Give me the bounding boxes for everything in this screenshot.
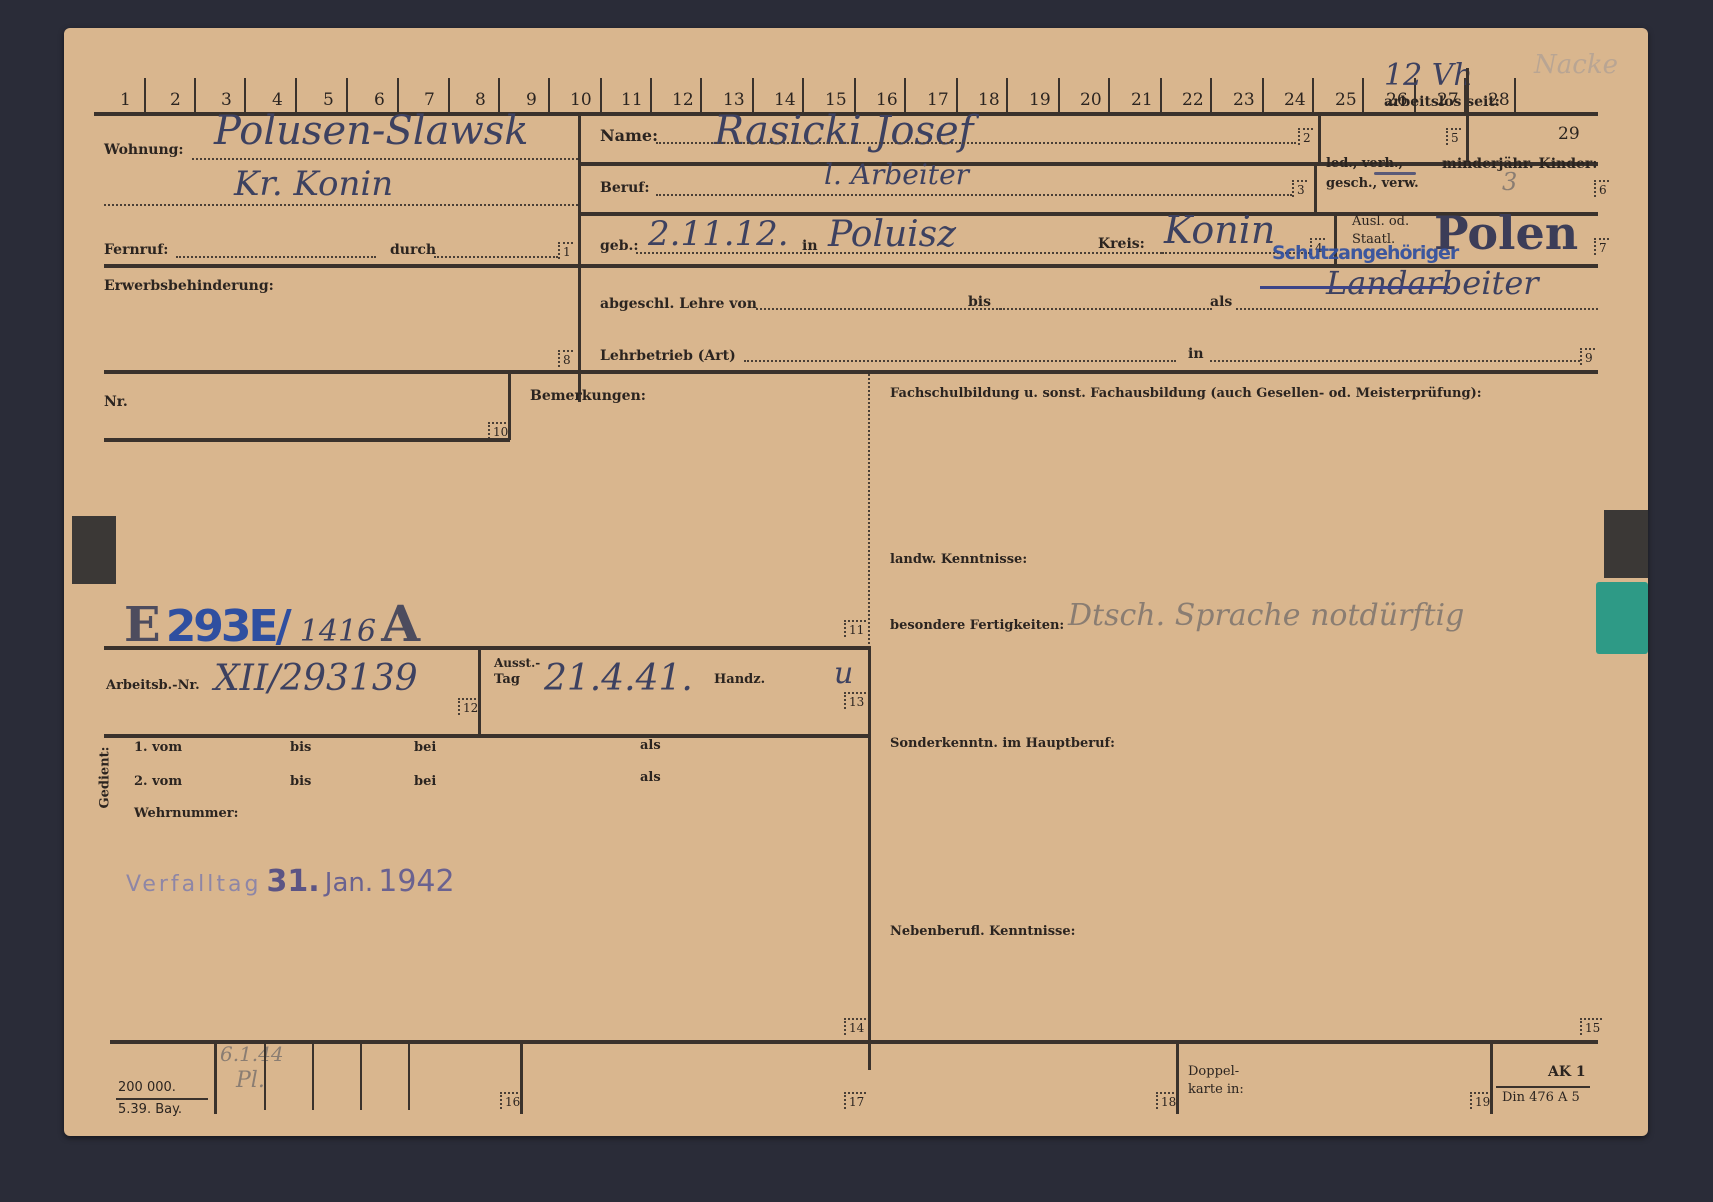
apprenticeship-until-label: bis: [968, 294, 991, 310]
phone-via-label: durch: [390, 242, 436, 258]
form-code: AK 1: [1548, 1064, 1586, 1080]
field-box-1: 1: [558, 242, 573, 259]
ruler-number: 19: [1029, 90, 1051, 110]
main-occupation-knowledge-label: Sonderkenntn. im Hauptberuf:: [890, 736, 1115, 751]
occupation-label: Beruf:: [600, 180, 650, 196]
field-box-2: 2: [1298, 128, 1313, 145]
service-2-at: bei: [414, 774, 436, 789]
field-box-17: 17: [844, 1092, 866, 1109]
signature-label: Handz.: [714, 672, 765, 687]
issued-label-1: Ausst.-: [494, 656, 540, 670]
print-info: 5.39. Bay.: [118, 1102, 182, 1117]
ruler-number: 22: [1182, 90, 1204, 110]
expiry-label: Verfalltag: [126, 872, 261, 897]
employment-record-card: 1 2 3 4 5 6 7 8 9 10 11 12 13 14 15 16 1…: [64, 28, 1648, 1136]
marital-status-options-1: led., verh.,: [1326, 156, 1403, 171]
remarks-label: Bemerkungen:: [530, 388, 646, 404]
ruler-number: 15: [825, 90, 847, 110]
ruler-number: 5: [323, 90, 334, 110]
address-line1: Polusen-Slawsk: [214, 108, 528, 154]
marital-underline-mark: [1374, 172, 1416, 175]
issued-label-2: Tag: [494, 672, 520, 687]
ruler-number: 25: [1335, 90, 1357, 110]
agricultural-knowledge-label: landw. Kenntnisse:: [890, 552, 1027, 567]
din-code: Din 476 A 5: [1502, 1090, 1580, 1105]
disability-label: Erwerbsbehinderung:: [104, 278, 274, 294]
apprenticeship-label: abgeschl. Lehre von: [600, 296, 757, 312]
expiry-month: Jan.: [325, 868, 373, 898]
workbook-number-label: Arbeitsb.-Nr.: [106, 678, 200, 693]
duplicate-card-label-1: Doppel-: [1188, 1064, 1239, 1079]
field-box-11: 11: [844, 620, 866, 637]
code-handwritten: 1416: [300, 614, 376, 649]
ruler-number: 2: [170, 90, 181, 110]
secondary-knowledge-label: Nebenberufl. Kenntnisse:: [890, 924, 1075, 939]
ruler-number: 13: [723, 90, 745, 110]
ruler-number: 11: [621, 90, 643, 110]
military-number-label: Wehrnummer:: [134, 806, 238, 821]
expiry-day: 31.: [267, 864, 320, 899]
field-box-14: 14: [844, 1018, 866, 1035]
field-box-15: 15: [1580, 1018, 1602, 1035]
footer-initials: Pl.: [236, 1068, 265, 1093]
expiry-year: 1942: [378, 864, 454, 899]
ruler-number: 20: [1080, 90, 1102, 110]
ruler-number: 24: [1284, 90, 1306, 110]
phone-label: Fernruf:: [104, 242, 168, 258]
ruler-number: 18: [978, 90, 1000, 110]
field-box-9: 9: [1580, 348, 1595, 365]
address-line2: Kr. Konin: [234, 164, 393, 204]
handwritten-mark-26-27: 12 Vh: [1384, 58, 1473, 93]
name-label: Name:: [600, 126, 658, 145]
marital-status-options-2: gesch., verw.: [1326, 176, 1419, 191]
strike-through-line: [1260, 286, 1450, 289]
district-value: Konin: [1164, 208, 1275, 252]
ruler-number: 8: [475, 90, 486, 110]
special-skills-value: Dtsch. Sprache notdürftig: [1068, 598, 1464, 633]
training-company-in-label: in: [1188, 346, 1204, 362]
field-number-29: 29: [1558, 124, 1580, 144]
number-label: Nr.: [104, 394, 128, 410]
green-index-tab: [1596, 582, 1648, 654]
field-box-10: 10: [488, 422, 510, 439]
ruler-number: 12: [672, 90, 694, 110]
corner-pencil-note: Nacke: [1534, 50, 1618, 80]
protected-status-stamp: Schutzangehöriger: [1272, 242, 1458, 264]
ruler-number: 10: [570, 90, 592, 110]
citizenship-label-1: Ausl. od.: [1352, 214, 1409, 229]
service-1-as: als: [640, 738, 661, 753]
signature-value: u: [834, 656, 853, 691]
address-label: Wohnung:: [104, 142, 184, 158]
served-label: Gedient:: [97, 747, 112, 809]
service-1-from: 1. vom: [134, 740, 182, 755]
ruler-number: 14: [774, 90, 796, 110]
field-box-16: 16: [500, 1092, 522, 1109]
field-box-7: 7: [1594, 238, 1609, 255]
code-suffix: A: [381, 594, 420, 653]
registration-code-stamp: E 293E/ 1416 A: [124, 594, 420, 653]
footer-date-note: 6.1.44: [220, 1042, 284, 1066]
ruler-number: 3: [221, 90, 232, 110]
ruler-number: 21: [1131, 90, 1153, 110]
print-run: 200 000.: [118, 1080, 176, 1095]
special-skills-label: besondere Fertigkeiten:: [890, 618, 1064, 633]
ruler-number: 23: [1233, 90, 1255, 110]
service-1-at: bei: [414, 740, 436, 755]
children-label: minderjähr. Kinder:: [1442, 156, 1597, 172]
duplicate-card-label-2: karte in:: [1188, 1082, 1244, 1097]
ruler-number: 9: [526, 90, 537, 110]
issued-date-value: 21.4.41.: [544, 658, 693, 699]
code-number: 293E/: [166, 601, 289, 652]
service-1-until: bis: [290, 740, 311, 755]
field-box-8: 8: [558, 350, 573, 367]
service-2-from: 2. vom: [134, 774, 182, 789]
workbook-number-value: XII/293139: [214, 658, 418, 699]
ruler-number: 6: [374, 90, 385, 110]
birth-date-value: 2.11.12.: [648, 214, 789, 254]
field-box-6: 6: [1594, 180, 1609, 197]
field-box-18: 18: [1156, 1092, 1178, 1109]
ruler-number: 4: [272, 90, 283, 110]
children-value: 3: [1502, 168, 1517, 196]
service-2-until: bis: [290, 774, 311, 789]
birthplace-value: Poluisz: [828, 214, 956, 255]
field-box-3: 3: [1292, 180, 1307, 197]
training-company-label: Lehrbetrieb (Art): [600, 348, 736, 364]
expiry-date-stamp: Verfalltag 31. Jan. 1942: [126, 864, 455, 899]
ruler-number: 1: [120, 90, 131, 110]
district-label: Kreis:: [1098, 236, 1145, 252]
field-box-13: 13: [844, 692, 866, 709]
unemployed-label: arbeitslos seit:: [1384, 94, 1500, 110]
service-2-as: als: [640, 770, 661, 785]
apprenticeship-as-label: als: [1210, 294, 1232, 310]
field-box-12: 12: [458, 698, 480, 715]
ruler-number: 16: [876, 90, 898, 110]
index-tab-left: [72, 516, 116, 584]
ruler-number: 17: [927, 90, 949, 110]
name-value: Rasicki Josef: [714, 108, 973, 154]
field-box-5: 5: [1446, 128, 1461, 145]
vocational-training-label: Fachschulbildung u. sonst. Fachausbildun…: [890, 386, 1482, 401]
birth-label: geb.:: [600, 238, 639, 254]
index-tab-right: [1604, 510, 1648, 578]
field-box-19: 19: [1470, 1092, 1492, 1109]
crossed-out-occupation: Landarbeiter: [1326, 264, 1539, 302]
occupation-value: l. Arbeiter: [824, 158, 969, 191]
code-prefix: E: [124, 597, 161, 653]
ruler-number: 7: [424, 90, 435, 110]
